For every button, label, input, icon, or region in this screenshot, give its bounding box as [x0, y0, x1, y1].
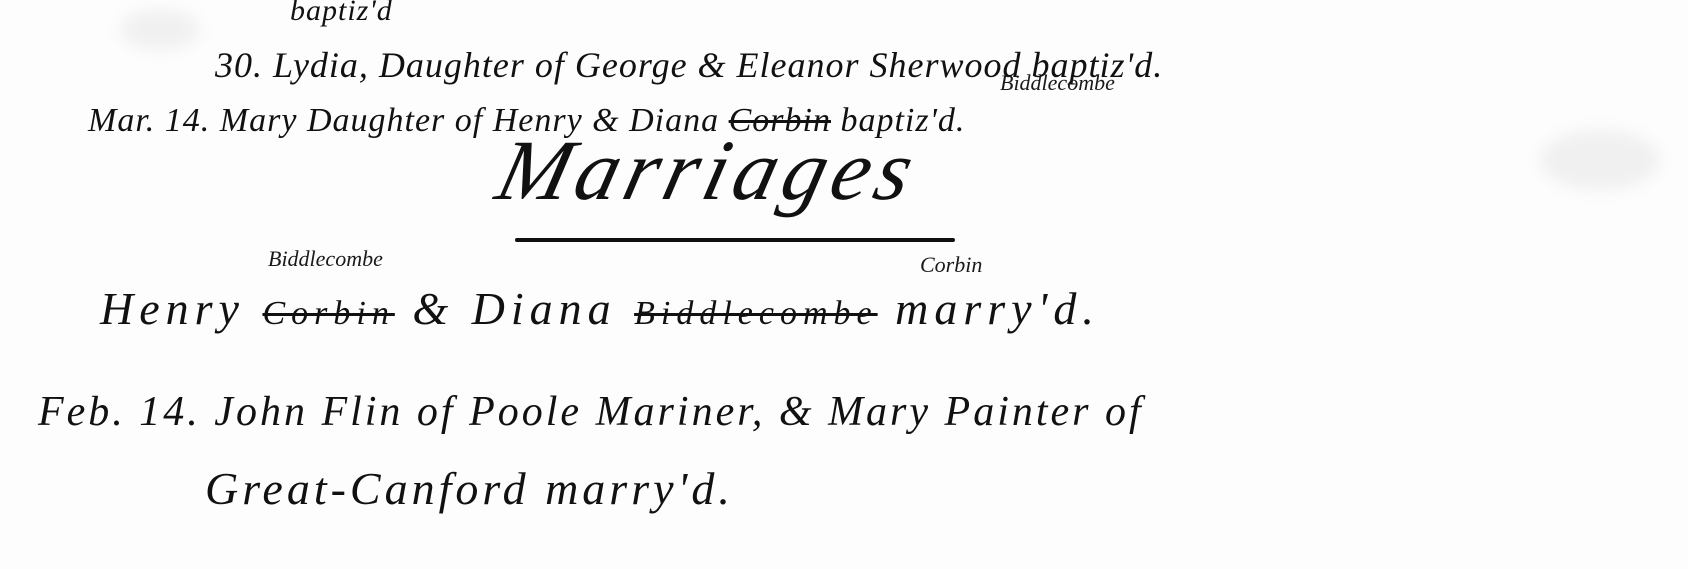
interlinear-correction: Biddlecombe [1000, 70, 1115, 96]
paper-stain [120, 10, 200, 50]
struck-surname: Biddlecombe [634, 295, 878, 332]
top-fragment: baptiz'd [290, 0, 393, 28]
section-heading-marriages: Marriages [488, 120, 930, 220]
groom-name: Henry [100, 283, 245, 334]
marriage-entry-continuation: Great-Canford marry'd. [205, 462, 734, 515]
entry-text: John Flin of Poole Mariner, & Mary Paint… [214, 389, 1143, 435]
interlinear-correction: Biddlecombe [268, 246, 383, 272]
entry-date: Mar. 14. [88, 102, 210, 139]
register-page: baptiz'd 30. Lydia, Daughter of George &… [0, 0, 1688, 569]
heading-underline [515, 238, 955, 242]
bride-name: & Diana [412, 283, 616, 334]
entry-date: Feb. 14. [38, 389, 201, 435]
paper-stain [1540, 130, 1660, 190]
marriage-entry: Henry Corbin & Diana Biddlecombe marry'd… [100, 282, 1100, 335]
entry-text-after: marry'd. [895, 283, 1100, 334]
struck-surname: Corbin [262, 295, 394, 332]
entry-date: 30. [215, 45, 263, 85]
interlinear-correction: Corbin [920, 252, 982, 278]
marriage-entry: Feb. 14. John Flin of Poole Mariner, & M… [38, 388, 1144, 436]
